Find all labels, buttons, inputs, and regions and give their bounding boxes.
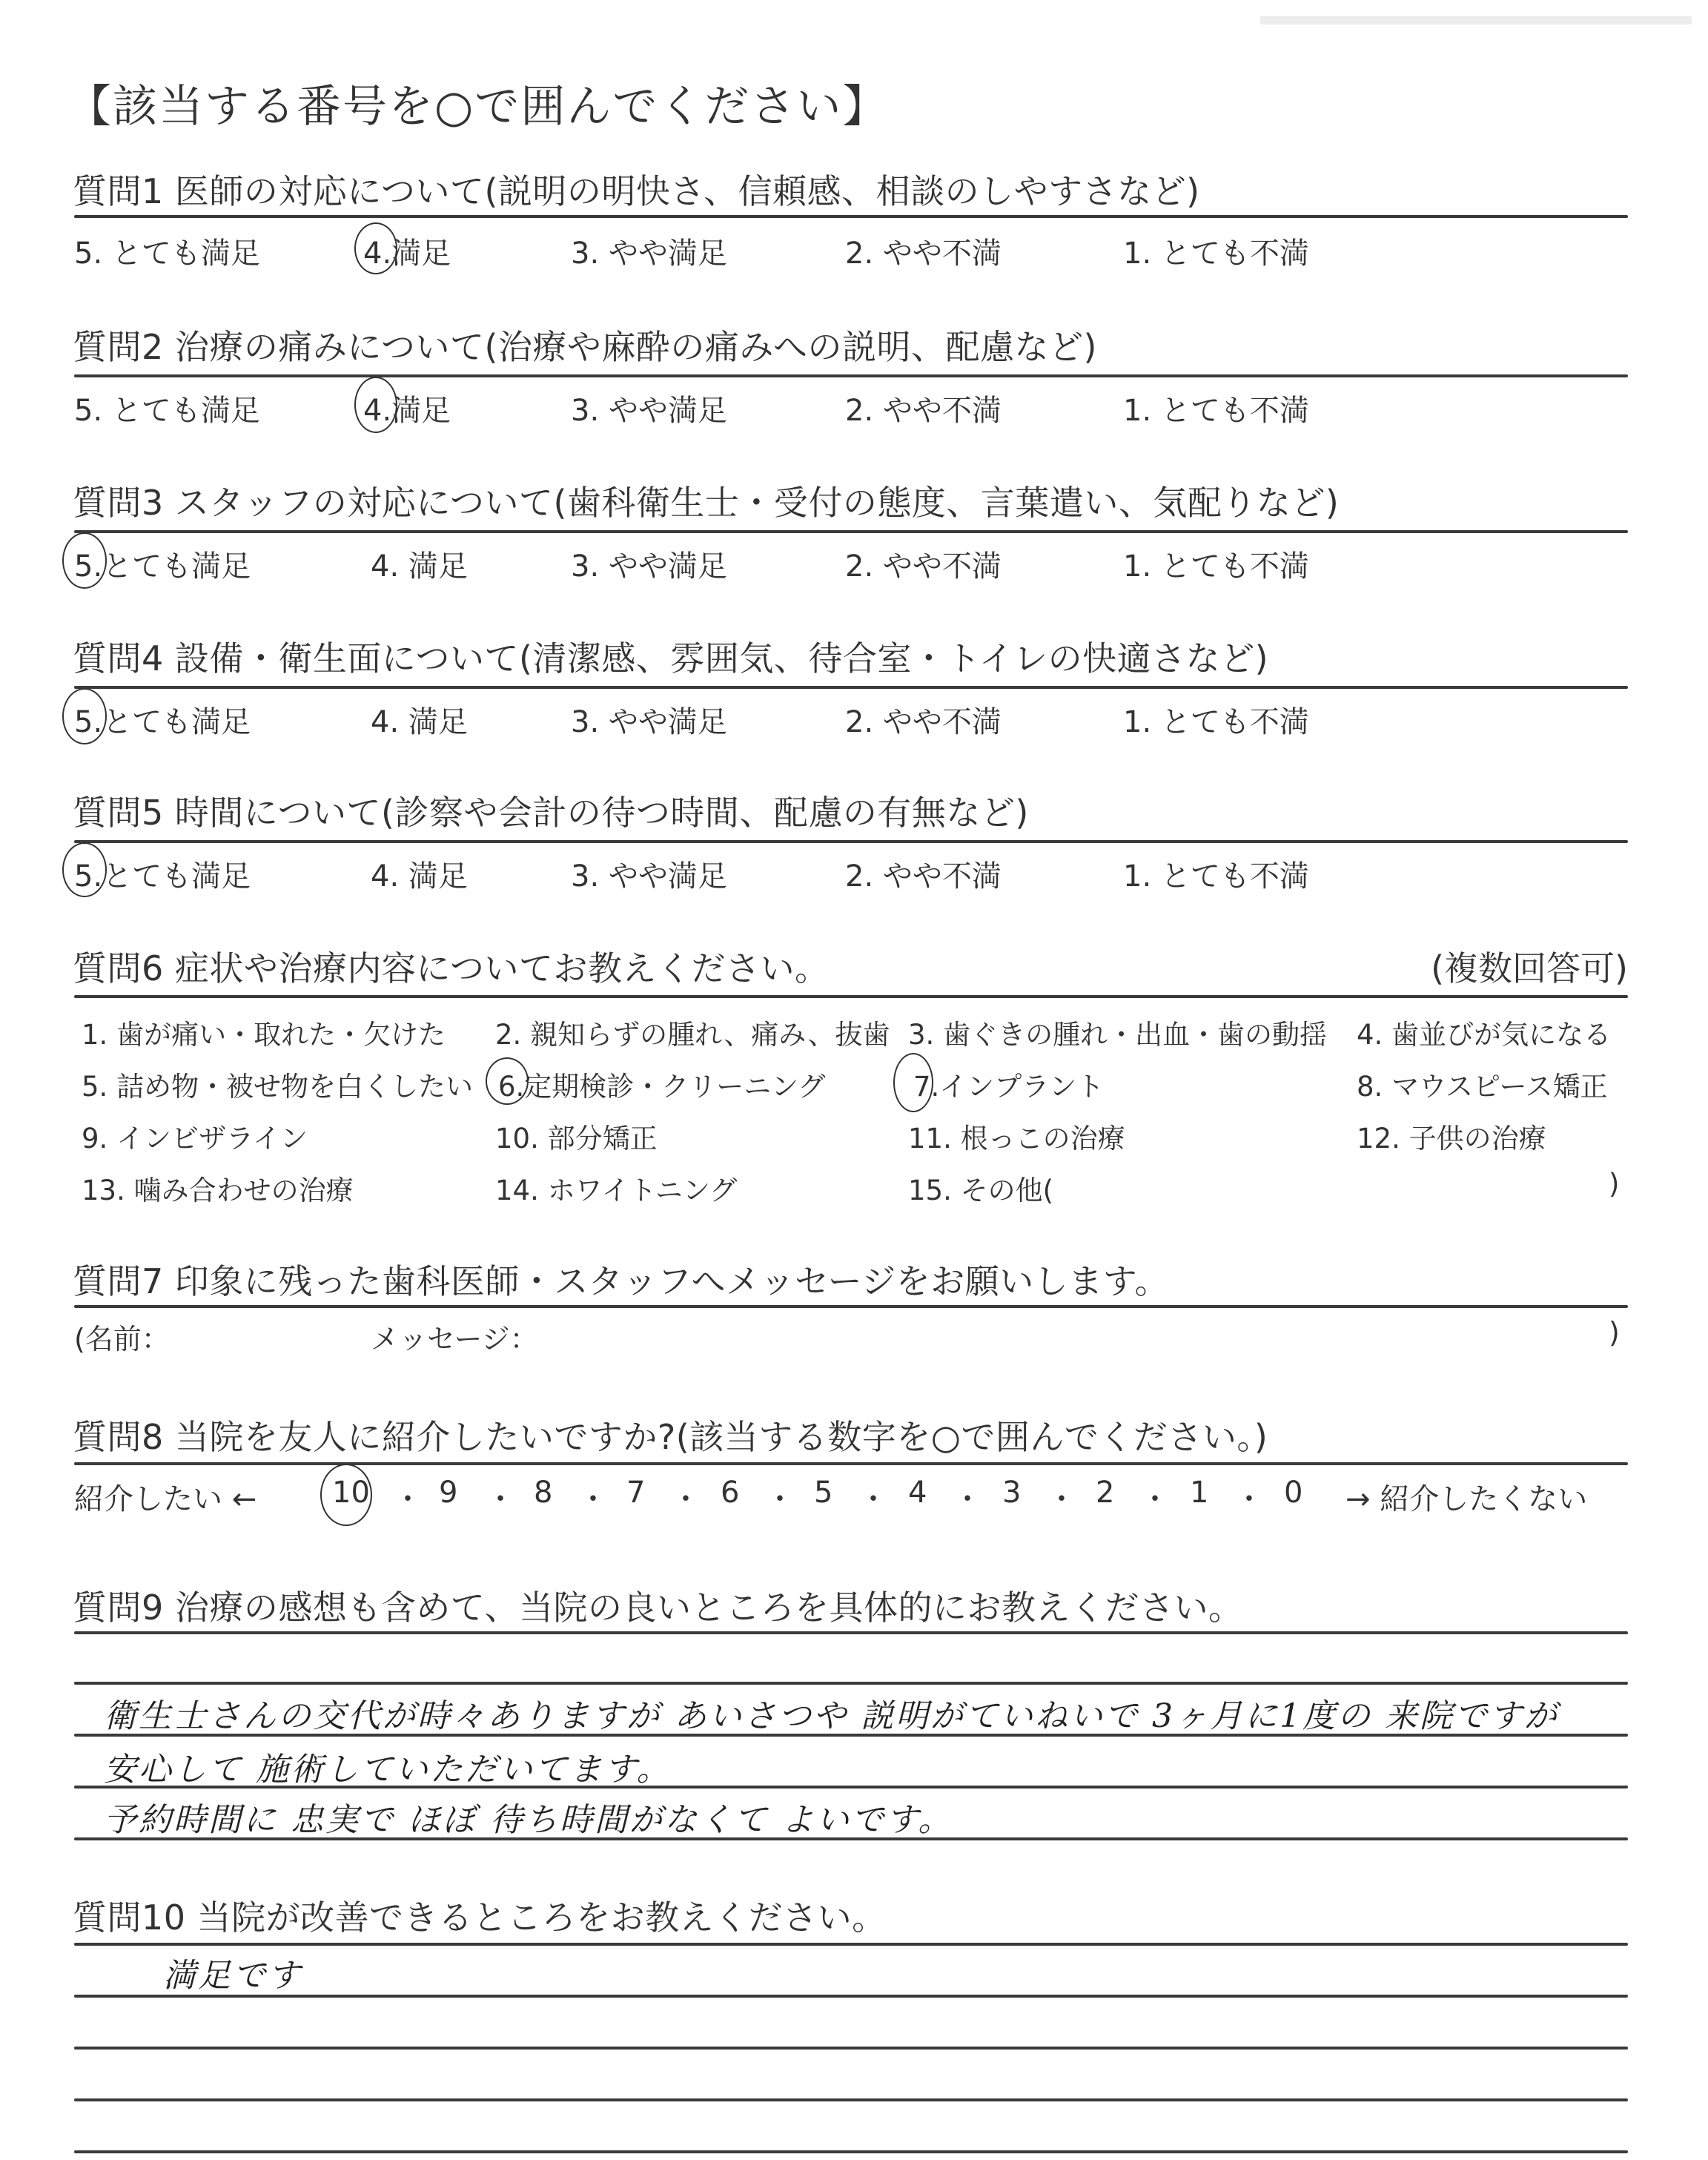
writing-line	[74, 1682, 1628, 1685]
q6-item-1[interactable]: 1. 歯が痛い・取れた・欠けた	[82, 1012, 446, 1052]
writing-line	[74, 1734, 1628, 1737]
question-10-heading: 質問10 当院が改善できるところをお教えください。	[73, 1891, 887, 1940]
q6-item-6[interactable]: 6.定期検診・クリーニング	[498, 1064, 826, 1104]
question-5-heading: 質問5 時間について(診察や会計の待つ時間、配慮の有無など)	[73, 786, 1029, 835]
q6-item-5[interactable]: 5. 詰め物・被せ物を白くしたい	[82, 1064, 473, 1104]
scale-separator: ・	[1047, 1476, 1076, 1518]
q4-option-3[interactable]: 3. やや満足	[571, 698, 727, 741]
q9-answer-line-1[interactable]: 衛生士さんの交代が時々ありますが あいさつや 説明がていねいで 3ヶ月に1度の …	[104, 1689, 1559, 1737]
writing-line	[74, 2098, 1628, 2101]
scale-separator: ・	[1234, 1476, 1264, 1518]
writing-line	[74, 1995, 1628, 1998]
scale-0[interactable]: 0	[1284, 1476, 1302, 1510]
q6-item-4[interactable]: 4. 歯並びが気になる	[1357, 1012, 1611, 1052]
q1-option-2[interactable]: 2. やや不満	[845, 230, 1002, 272]
q1-option-1[interactable]: 1. とても不満	[1123, 230, 1309, 272]
divider	[74, 374, 1628, 377]
q6-other-close-paren: )	[1609, 1168, 1619, 1200]
name-field-label: (名前：	[74, 1316, 170, 1357]
q2-option-1[interactable]: 1. とても不満	[1123, 387, 1309, 429]
q5-option-4[interactable]: 4. 満足	[371, 853, 468, 895]
q3-option-3[interactable]: 3. やや満足	[571, 543, 727, 585]
q6-item-9[interactable]: 9. インビザライン	[82, 1116, 308, 1156]
q5-option-2[interactable]: 2. やや不満	[845, 853, 1002, 895]
scale-separator: ・	[953, 1476, 982, 1518]
q2-option-2[interactable]: 2. やや不満	[845, 387, 1002, 429]
scale-7[interactable]: 7	[626, 1476, 645, 1510]
divider	[74, 215, 1628, 218]
scale-1[interactable]: 1	[1190, 1476, 1208, 1510]
q6-item-8[interactable]: 8. マウスピース矯正	[1357, 1064, 1608, 1104]
selected-circle-mark	[354, 377, 397, 433]
q2-option-5[interactable]: 5. とても満足	[74, 387, 260, 429]
writing-line	[74, 1837, 1628, 1840]
question-9-heading: 質問9 治療の感想も含めて、当院の良いところを具体的にお教えください。	[73, 1581, 1242, 1630]
scale-separator: ・	[393, 1476, 423, 1518]
question-2-heading: 質問2 治療の痛みについて(治療や麻酔の痛みへの説明、配慮など)	[73, 320, 1097, 369]
q6-item-7[interactable]: 7.インプラント	[913, 1064, 1104, 1104]
recommend-right-label: → 紹介したくない	[1345, 1476, 1587, 1518]
q10-answer-line-1[interactable]: 満足です	[163, 1949, 302, 1996]
close-paren: )	[1609, 1316, 1620, 1349]
recommend-left-label: 紹介したい ←	[74, 1476, 256, 1518]
divider	[74, 686, 1628, 689]
question-6-heading: 質問6 症状や治療内容についてお教えください。	[73, 942, 829, 991]
q6-item-14[interactable]: 14. ホワイトニング	[495, 1168, 737, 1208]
q2-option-3[interactable]: 3. やや満足	[571, 387, 727, 429]
scale-9[interactable]: 9	[439, 1476, 457, 1510]
q4-option-4[interactable]: 4. 満足	[371, 698, 468, 741]
scan-edge-line	[1260, 16, 1692, 24]
divider	[74, 1305, 1628, 1308]
q6-item-3[interactable]: 3. 歯ぐきの腫れ・出血・歯の動揺	[908, 1012, 1327, 1052]
q4-option-1[interactable]: 1. とても不満	[1123, 698, 1309, 741]
question-7-heading: 質問7 印象に残った歯科医師・スタッフへメッセージをお願いします。	[73, 1255, 1169, 1304]
scale-separator: ・	[486, 1476, 515, 1518]
scale-2[interactable]: 2	[1096, 1476, 1114, 1510]
divider	[74, 1631, 1628, 1634]
message-field-label: メッセージ：	[371, 1316, 538, 1357]
writing-line	[74, 2150, 1628, 2153]
selected-circle-mark	[62, 688, 107, 744]
scale-5[interactable]: 5	[814, 1476, 833, 1510]
scale-separator: ・	[765, 1476, 795, 1518]
scale-8[interactable]: 8	[534, 1476, 552, 1510]
q1-option-3[interactable]: 3. やや満足	[571, 230, 727, 272]
divider	[74, 995, 1628, 998]
scale-4[interactable]: 4	[908, 1476, 927, 1510]
divider	[74, 530, 1628, 533]
scale-separator: ・	[578, 1476, 608, 1518]
selected-circle-mark	[62, 532, 107, 589]
scale-6[interactable]: 6	[721, 1476, 739, 1510]
q9-answer-line-3[interactable]: 予約時間に 忠実で ほぼ 待ち時間がなくて よいです。	[104, 1793, 953, 1840]
writing-line	[74, 1786, 1628, 1789]
question-8-heading: 質問8 当院を友人に紹介したいですか?(該当する数字を○で囲んでください。)	[73, 1410, 1268, 1459]
divider	[74, 840, 1628, 843]
page-title: 【該当する番号を○で囲んでください】	[67, 71, 888, 135]
selected-circle-mark	[486, 1057, 529, 1105]
q6-item-13[interactable]: 13. 噛み合わせの治療	[82, 1168, 354, 1208]
q3-option-1[interactable]: 1. とても不満	[1123, 543, 1309, 585]
multiple-answers-note: (複数回答可)	[1431, 942, 1628, 991]
scale-separator: ・	[671, 1476, 701, 1518]
q6-item-11[interactable]: 11. 根っこの治療	[908, 1116, 1125, 1156]
q3-option-4[interactable]: 4. 満足	[371, 543, 468, 585]
q4-option-2[interactable]: 2. やや不満	[845, 698, 1002, 741]
divider	[74, 1462, 1628, 1465]
selected-circle-mark	[62, 842, 107, 897]
q6-item-2[interactable]: 2. 親知らずの腫れ、痛み、抜歯	[495, 1012, 890, 1052]
divider	[74, 1943, 1628, 1946]
question-4-heading: 質問4 設備・衛生面について(清潔感、雰囲気、待合室・トイレの快適さなど)	[73, 632, 1268, 681]
question-3-heading: 質問3 スタッフの対応について(歯科衛生士・受付の態度、言葉遣い、気配りなど)	[73, 476, 1339, 525]
question-1-heading: 質問1 医師の対応について(説明の明快さ、信頼感、相談のしやすさなど)	[73, 165, 1200, 214]
q1-option-5[interactable]: 5. とても満足	[74, 230, 260, 272]
scale-3[interactable]: 3	[1002, 1476, 1021, 1510]
scale-separator: ・	[1140, 1476, 1170, 1518]
writing-line	[74, 2047, 1628, 2050]
selected-circle-mark	[893, 1053, 933, 1112]
q5-option-1[interactable]: 1. とても不満	[1123, 853, 1309, 895]
selected-circle-mark	[320, 1464, 372, 1526]
q5-option-3[interactable]: 3. やや満足	[571, 853, 727, 895]
scale-separator: ・	[858, 1476, 888, 1518]
q6-item-12[interactable]: 12. 子供の治療	[1357, 1116, 1546, 1156]
q6-item-15[interactable]: 15. その他(	[908, 1168, 1053, 1208]
q6-item-10[interactable]: 10. 部分矯正	[495, 1116, 658, 1156]
q3-option-2[interactable]: 2. やや不満	[845, 543, 1002, 585]
selected-circle-mark	[354, 222, 397, 274]
q9-answer-line-2[interactable]: 安心して 施術していただいてます。	[104, 1743, 671, 1790]
